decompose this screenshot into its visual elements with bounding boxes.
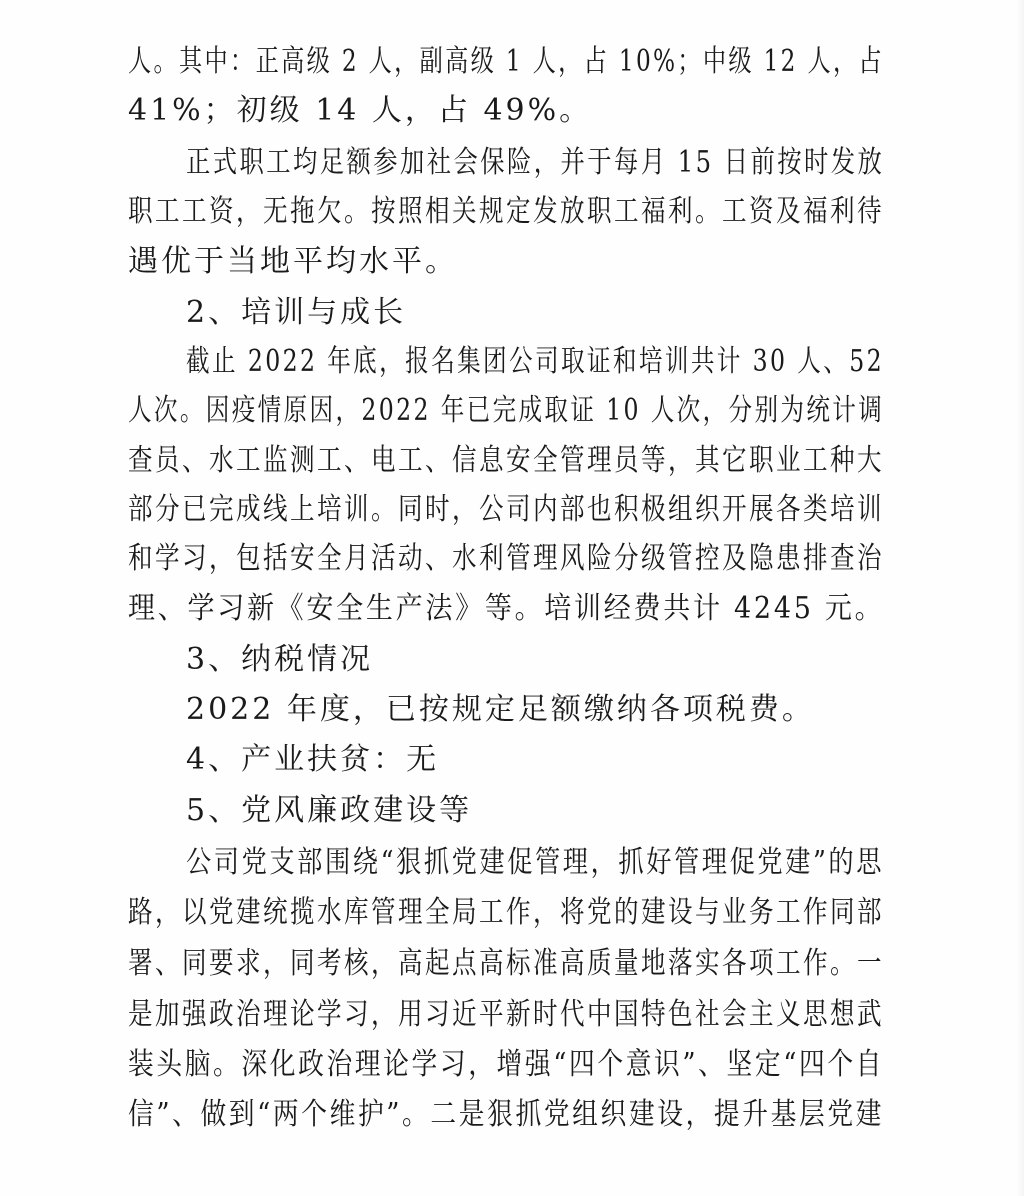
text-line: 公司党支部围绕“狠抓党建促管理，抓好管理促党建”的思 bbox=[186, 843, 884, 883]
text-line: 截止 2022 年底，报名集团公司取证和培训共计 30 人、52 bbox=[186, 342, 884, 382]
text-line: 署、同要求，同考核，高起点高标准高质量地落实各项工作。一 bbox=[128, 944, 884, 984]
document-page: 人。其中：正高级 2 人，副高级 1 人，占 10%；中级 12 人，占 41%… bbox=[0, 0, 1024, 1196]
text-line: 2022 年度，已按规定足额缴纳各项税费。 bbox=[186, 690, 884, 730]
section-heading: 4、产业扶贫：无 bbox=[186, 740, 884, 780]
section-heading: 2、培训与成长 bbox=[186, 293, 884, 333]
text-line: 41%；初级 14 人，占 49%。 bbox=[128, 91, 884, 131]
section-heading: 3、纳税情况 bbox=[186, 640, 884, 680]
text-line: 信”、做到“两个维护”。二是狠抓党组织建设，提升基层党建 bbox=[128, 1095, 884, 1135]
text-line: 查员、水工监测工、电工、信息安全管理员等，其它职业工种大 bbox=[128, 441, 884, 481]
text-line: 部分已完成线上培训。同时，公司内部也积极组织开展各类培训 bbox=[128, 490, 884, 530]
text-line: 装头脑。深化政治理论学习，增强“四个意识”、坚定“四个自 bbox=[128, 1045, 884, 1085]
section-heading: 5、党风廉政建设等 bbox=[186, 791, 884, 831]
text-line: 正式职工均足额参加社会保险，并于每月 15 日前按时发放 bbox=[186, 143, 884, 183]
text-line: 和学习，包括安全月活动、水利管理风险分级管控及隐患排查治 bbox=[128, 539, 884, 579]
text-line: 理、学习新《安全生产法》等。培训经费共计 4245 元。 bbox=[128, 589, 884, 629]
text-line: 是加强政治理论学习，用习近平新时代中国特色社会主义思想武 bbox=[128, 995, 884, 1035]
text-line: 人次。因疫情原因，2022 年已完成取证 10 人次，分别为统计调 bbox=[128, 391, 884, 431]
text-line: 人。其中：正高级 2 人，副高级 1 人，占 10%；中级 12 人，占 bbox=[128, 42, 884, 82]
text-line: 遇优于当地平均水平。 bbox=[128, 242, 884, 282]
text-line: 职工工资，无拖欠。按照相关规定发放职工福利。工资及福利待 bbox=[128, 192, 884, 232]
text-line: 路，以党建统揽水库管理全局工作，将党的建设与业务工作同部 bbox=[128, 893, 884, 933]
page-edge-shadow bbox=[1016, 0, 1024, 1196]
